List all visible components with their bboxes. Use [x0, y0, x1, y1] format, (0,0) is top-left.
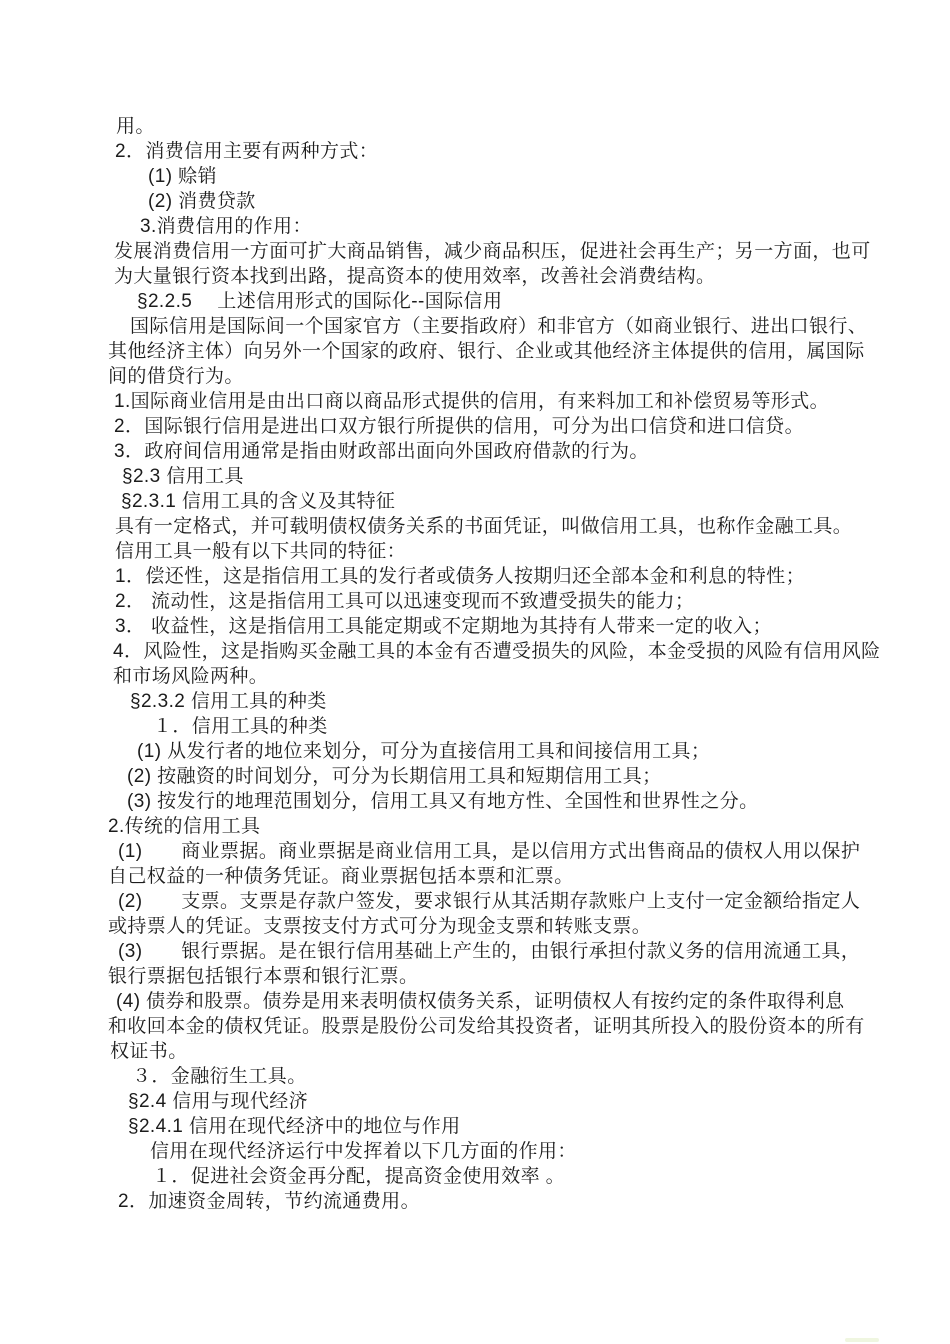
text-line: 具有一定格式，并可载明债权债务关系的书面凭证，叫做信用工具，也称作金融工具。: [108, 514, 928, 539]
text-line: (1) 从发行者的地位来划分，可分为直接信用工具和间接信用工具；: [108, 739, 928, 764]
document-page: 用。2．消费信用主要有两种方式：(1) 赊销(2) 消费贷款3.消费信用的作用：…: [0, 0, 950, 1344]
text-line: 权证书。: [108, 1039, 928, 1064]
text-line: 3．政府间信用通常是指由财政部出面向外国政府借款的行为。: [108, 439, 928, 464]
text-line: 和市场风险两种。: [108, 664, 928, 689]
text-line: (3) 银行票据。是在银行信用基础上产生的，由银行承担付款义务的信用流通工具，: [108, 939, 928, 964]
text-line: 其他经济主体）向另外一个国家的政府、银行、企业或其他经济主体提供的信用，属国际: [108, 339, 928, 364]
text-line: (4) 债券和股票。债券是用来表明债权债务关系，证明债权人有按约定的条件取得利息: [108, 989, 928, 1014]
text-line: 信用在现代经济运行中发挥着以下几方面的作用：: [108, 1139, 928, 1164]
page-artifact: [845, 1338, 879, 1342]
text-line: 为大量银行资本找到出路，提高资本的使用效率，改善社会消费结构。: [108, 264, 928, 289]
text-line: 用。: [108, 114, 928, 139]
section-heading: §2.4 信用与现代经济: [108, 1089, 928, 1114]
text-line: ３．金融衍生工具。: [108, 1064, 928, 1089]
text-line: (1) 商业票据。商业票据是商业信用工具，是以信用方式出售商品的债权人用以保护: [108, 839, 928, 864]
text-line: 1．偿还性，这是指信用工具的发行者或债务人按期归还全部本金和利息的特性；: [108, 564, 928, 589]
text-line: (2) 支票。支票是存款户签发，要求银行从其活期存款账户上支付一定金额给指定人: [108, 889, 928, 914]
text-line: 自己权益的一种债务凭证。商业票据包括本票和汇票。: [108, 864, 928, 889]
text-line: 2．国际银行信用是进出口双方银行所提供的信用，可分为出口信贷和进口信贷。: [108, 414, 928, 439]
text-line: (1) 赊销: [108, 164, 928, 189]
section-heading: §2.3 信用工具: [108, 464, 928, 489]
text-line: (3) 按发行的地理范围划分，信用工具又有地方性、全国性和世界性之分。: [108, 789, 928, 814]
text-line: １．信用工具的种类: [108, 714, 928, 739]
text-line: 3． 收益性，这是指信用工具能定期或不定期地为其持有人带来一定的收入；: [108, 614, 928, 639]
section-heading: §2.3.1 信用工具的含义及其特征: [108, 489, 928, 514]
text-line: 3.消费信用的作用：: [108, 214, 928, 239]
text-line: (2) 消费贷款: [108, 189, 928, 214]
text-line: 信用工具一般有以下共同的特征：: [108, 539, 928, 564]
section-heading: §2.4.1 信用在现代经济中的地位与作用: [108, 1114, 928, 1139]
text-line: (2) 按融资的时间划分，可分为长期信用工具和短期信用工具；: [108, 764, 928, 789]
text-line: 银行票据包括银行本票和银行汇票。: [108, 964, 928, 989]
text-line: 发展消费信用一方面可扩大商品销售，减少商品积压，促进社会再生产；另一方面，也可: [108, 239, 928, 264]
document-text-block: 用。2．消费信用主要有两种方式：(1) 赊销(2) 消费贷款3.消费信用的作用：…: [108, 114, 928, 1214]
text-line: 2． 流动性，这是指信用工具可以迅速变现而不致遭受损失的能力；: [108, 589, 928, 614]
text-line: 间的借贷行为。: [108, 364, 928, 389]
text-line: 1.国际商业信用是由出口商以商品形式提供的信用，有来料加工和补偿贸易等形式。: [108, 389, 928, 414]
text-line: 4．风险性，这是指购买金融工具的本金有否遭受损失的风险，本金受损的风险有信用风险: [108, 639, 928, 664]
text-line: １．促进社会资金再分配，提高资金使用效率 。: [108, 1164, 928, 1189]
section-heading: §2.3.2 信用工具的种类: [108, 689, 928, 714]
text-line: 2.传统的信用工具: [108, 814, 928, 839]
text-line: 和收回本金的债权凭证。股票是股份公司发给其投资者，证明其所投入的股份资本的所有: [108, 1014, 928, 1039]
text-line: 2．消费信用主要有两种方式：: [108, 139, 928, 164]
text-line: 或持票人的凭证。支票按支付方式可分为现金支票和转账支票。: [108, 914, 928, 939]
text-line: 2．加速资金周转，节约流通费用。: [108, 1189, 928, 1214]
section-heading: §2.2.5 上述信用形式的国际化--国际信用: [108, 289, 928, 314]
text-line: 国际信用是国际间一个国家官方（主要指政府）和非官方（如商业银行、进出口银行、: [108, 314, 928, 339]
